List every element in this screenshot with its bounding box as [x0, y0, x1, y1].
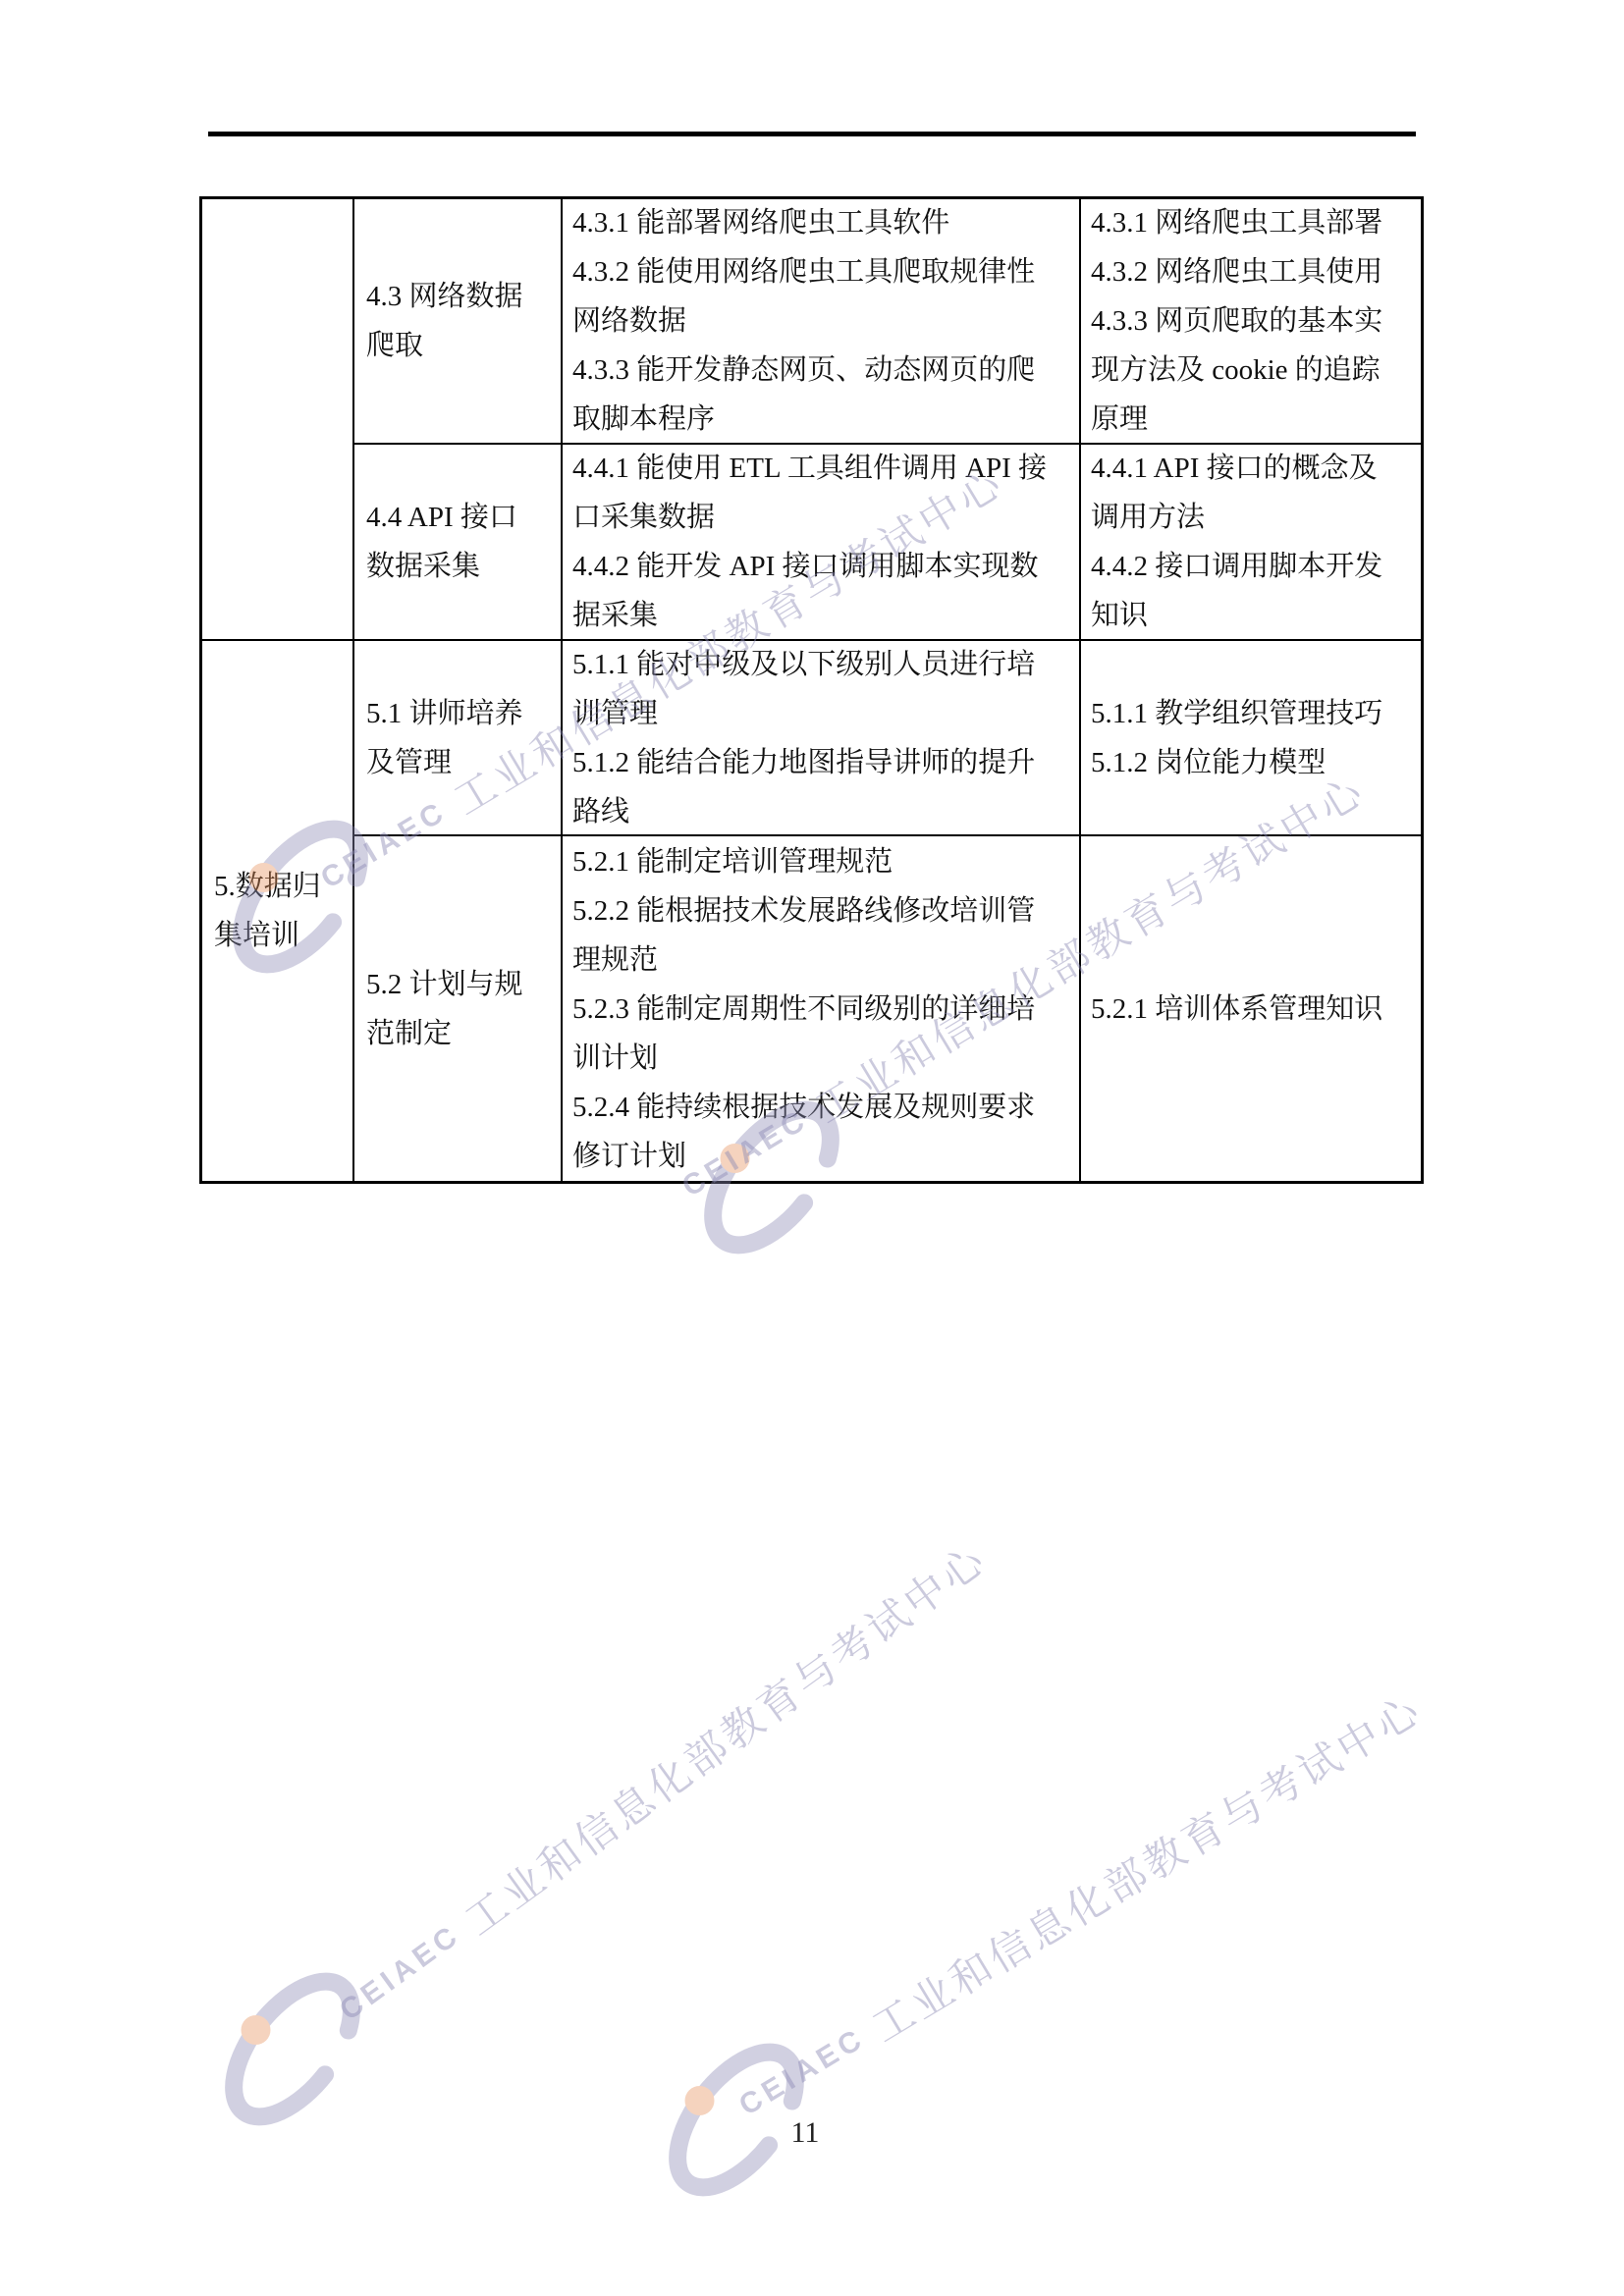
table-cell-duty-5-2: 5.2.1 能制定培训管理规范5.2.2 能根据技术发展路线修改培训管理规范5.…: [563, 836, 1081, 1181]
table-cell-knowledge-4-3: 4.3.1 网络爬虫工具部署4.3.2 网络爬虫工具使用4.3.3 网页爬取的基…: [1081, 199, 1421, 445]
table-text-line: 4.3.2 网络爬虫工具使用: [1091, 247, 1421, 296]
logo-orange-dot: [242, 2015, 271, 2045]
table-text-line: 5.2.1 培训体系管理知识: [1091, 985, 1421, 1034]
table-cell-skill-5-2: 5.2 计划与规范制定: [354, 836, 563, 1181]
table-text-line: 训计划: [572, 1034, 1079, 1083]
table-text-line: 5.1.1 能对中级及以下级别人员进行培: [572, 641, 1079, 689]
table-cell-duty-5-1: 5.1.1 能对中级及以下级别人员进行培训管理5.1.2 能结合能力地图指导讲师…: [563, 641, 1081, 836]
watermark-latin: CEIAEC: [334, 1910, 478, 2028]
table-text-line: 5.1.2 能结合能力地图指导讲师的提升: [572, 738, 1079, 787]
logo-orange-dot: [685, 2086, 715, 2115]
table-text-line: 4.4.1 能使用 ETL 工具组件调用 API 接: [572, 445, 1079, 493]
table-text-line: 4.4.2 能开发 API 接口调用脚本实现数: [572, 542, 1079, 591]
table-text-line: 4.3.1 能部署网络爬虫工具软件: [572, 199, 1079, 247]
table-text-line: 训管理: [572, 689, 1079, 738]
watermark-text: CEIAEC 工业和信息化部教育与考试中心: [728, 1679, 1433, 2134]
table-cell-knowledge-5-2: 5.2.1 培训体系管理知识: [1081, 836, 1421, 1181]
table-cell-group-5: 5.数据归集培训: [202, 641, 354, 1181]
table-text-line: 4.4.2 接口调用脚本开发: [1091, 542, 1421, 591]
table-text-line: 知识: [1091, 591, 1421, 640]
watermark-latin: CEIAEC: [733, 2014, 883, 2122]
table-text-line: 修订计划: [572, 1132, 1079, 1181]
table-cell-knowledge-5-1: 5.1.1 教学组织管理技巧5.1.2 岗位能力模型: [1081, 641, 1421, 836]
table-text-line: 5.1 讲师培养: [366, 689, 561, 738]
table-text-line: 5.1.2 岗位能力模型: [1091, 738, 1421, 787]
table-text-line: 路线: [572, 787, 1079, 836]
table-text-line: 理规范: [572, 935, 1079, 985]
table-text-line: 4.4.1 API 接口的概念及: [1091, 445, 1421, 493]
page-number: 11: [756, 2116, 854, 2150]
table-cell-duty-4-3: 4.3.1 能部署网络爬虫工具软件4.3.2 能使用网络爬虫工具爬取规律性网络数…: [563, 199, 1081, 445]
table-text-line: 4.3.1 网络爬虫工具部署: [1091, 199, 1421, 247]
header-rule: [208, 132, 1416, 136]
table-text-line: 原理: [1091, 395, 1421, 444]
table-cell-skill-4-3: 4.3 网络数据爬取: [354, 199, 563, 445]
document-page: { "page": { "number": "11" }, "watermark…: [0, 0, 1624, 2296]
table-text-line: 5.1.1 教学组织管理技巧: [1091, 689, 1421, 738]
table-cell-group-empty: [202, 199, 354, 641]
table-text-line: 4.3.2 能使用网络爬虫工具爬取规律性: [572, 247, 1079, 296]
table-text-line: 据采集: [572, 591, 1079, 640]
table-cell-duty-4-4: 4.4.1 能使用 ETL 工具组件调用 API 接口采集数据4.4.2 能开发…: [563, 445, 1081, 641]
ceiaec-logo-icon: [216, 1953, 363, 2145]
table-text-line: 4.4 API 接口: [366, 493, 561, 542]
table-text-line: 4.3.3 能开发静态网页、动态网页的爬: [572, 346, 1079, 395]
table-text-line: 4.3 网络数据: [366, 272, 561, 321]
table-text-line: 范制定: [366, 1009, 561, 1058]
table-text-line: 调用方法: [1091, 493, 1421, 542]
table-cell-knowledge-4-4: 4.4.1 API 接口的概念及调用方法4.4.2 接口调用脚本开发知识: [1081, 445, 1421, 641]
table-text-line: 网络数据: [572, 296, 1079, 346]
watermark-text: CEIAEC 工业和信息化部教育与考试中心: [326, 1528, 998, 2039]
table-text-line: 5.2.2 能根据技术发展路线修改培训管: [572, 886, 1079, 935]
table-cell-skill-4-4: 4.4 API 接口数据采集: [354, 445, 563, 641]
table-text-line: 取脚本程序: [572, 395, 1079, 444]
table-text-line: 5.2.4 能持续根据技术发展及规则要求: [572, 1083, 1079, 1132]
table-text-line: 5.2.1 能制定培训管理规范: [572, 837, 1079, 886]
table-text-line: 集培训: [214, 911, 352, 960]
table-text-line: 5.2 计划与规: [366, 960, 561, 1009]
table-text-line: 现方法及 cookie 的追踪: [1091, 346, 1421, 395]
table-text-line: 4.3.3 网页爬取的基本实: [1091, 296, 1421, 346]
watermark-cjk: 工业和信息化部教育与考试中心: [859, 1679, 1432, 2055]
skill-requirements-table: 5.数据归集培训 4.3 网络数据爬取 4.4 API 接口数据采集 5.1 讲…: [199, 196, 1424, 1184]
table-text-line: 数据采集: [366, 542, 561, 591]
watermark-cjk: 工业和信息化部教育与考试中心: [452, 1528, 998, 1948]
table-text-line: 口采集数据: [572, 493, 1079, 542]
table-text-line: 5.2.3 能制定周期性不同级别的详细培: [572, 985, 1079, 1034]
table-text-line: 及管理: [366, 738, 561, 787]
table-text-line: 5.数据归: [214, 862, 352, 911]
table-text-line: 爬取: [366, 321, 561, 370]
table-cell-skill-5-1: 5.1 讲师培养及管理: [354, 641, 563, 836]
